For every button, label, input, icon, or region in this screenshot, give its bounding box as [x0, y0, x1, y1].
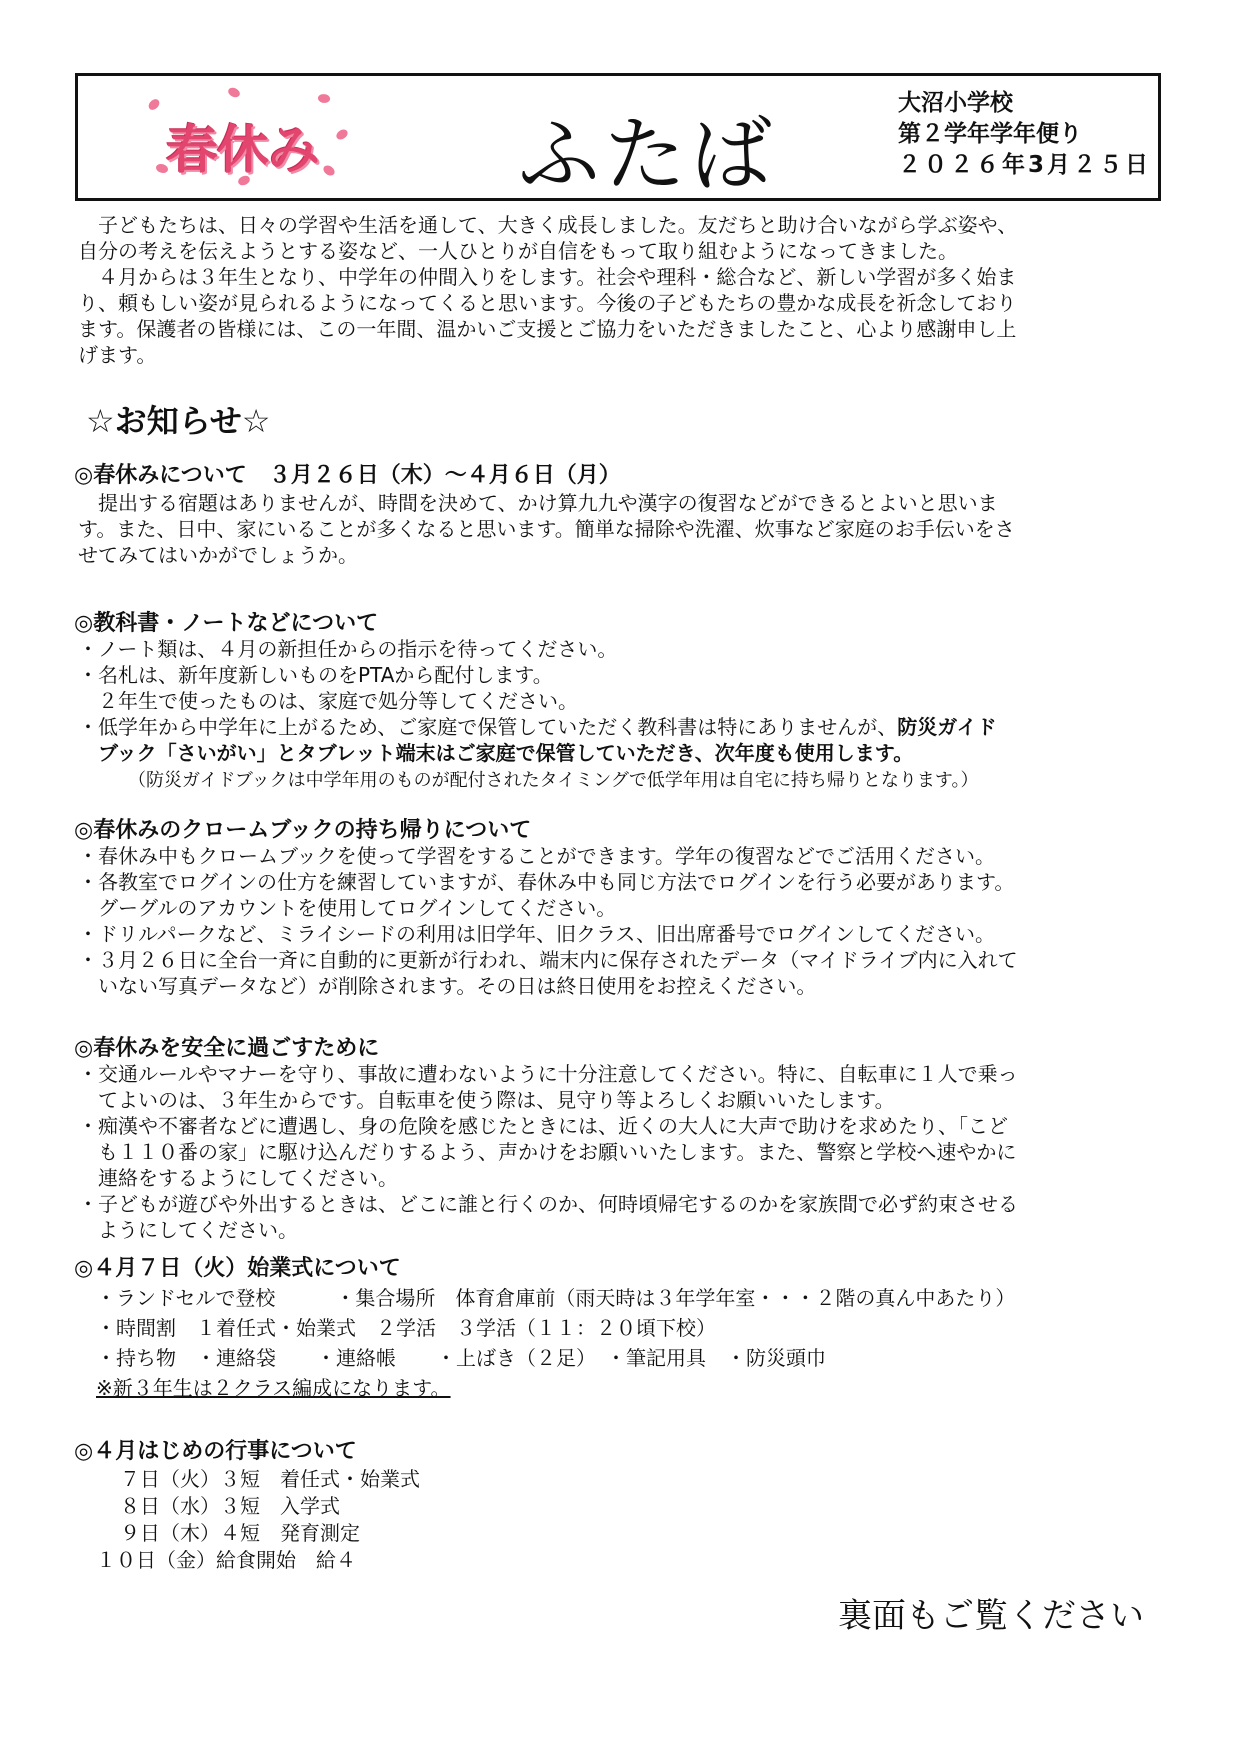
list-item: ・痴漢や不審者などに遭遇し、身の危険を感じたときには、近くの大人に大声で助けを求… [78, 1113, 1018, 1139]
spring-break-body: 提出する宿題はありませんが、時間を決めて、かけ算九九や漢字の復習などができるとよ… [78, 490, 1015, 568]
list-item: ・ランドセルで登校 ・集合場所 体育倉庫前（雨天時は３年学年室・・・２階の真ん中… [96, 1283, 1015, 1313]
class-note: ※新３年生は２クラス編成になります。 [96, 1373, 1015, 1403]
school-name: 大沼小学校 [898, 88, 1151, 119]
textbooks-body: ・ノート類は、４月の新担任からの指示を待ってください。 ・名札は、新年度新しいも… [78, 636, 997, 766]
textbooks-note: （防災ガイドブックは中学年用のものが配付されたタイミングで低学年用は自宅に持ち帰… [128, 766, 979, 792]
list-item: ・交通ルールやマナーを守り、事故に遭わないように十分注意してください。特に、自転… [78, 1061, 1018, 1087]
list-item: ・春休み中もクロームブックを使って学習をすることができます。学年の復習などでご活… [78, 843, 1018, 869]
petal-icon [317, 92, 331, 105]
list-item: グーグルのアカウントを使用してログインしてください。 [78, 895, 1018, 921]
opening-ceremony-body: ・ランドセルで登校 ・集合場所 体育倉庫前（雨天時は３年学年室・・・２階の真ん中… [96, 1283, 1015, 1403]
intro-line: 自分の考えを伝えようとする姿など、一人ひとりが自信をもって取り組むようになってき… [78, 238, 1017, 264]
list-item-text: ・低学年から中学年に上がるため、ご家庭で保管していただく教科書は特にありませんが… [78, 715, 897, 739]
intro-line: り、頼もしい姿が見られるようになってくると思います。今後の子どもたちの豊かな成長… [78, 290, 1017, 316]
section-heading-chromebook: ◎春休みのクロームブックの持ち帰りについて [74, 813, 531, 844]
section-heading-april-events: ◎４月はじめの行事について [74, 1434, 357, 1465]
list-item: ・ドリルパークなど、ミライシードの利用は旧学年、旧クラス、旧出席番号でログインし… [78, 921, 1018, 947]
spring-break-logo: 春休み [148, 94, 378, 184]
section-heading-safety: ◎春休みを安全に過ごすために [74, 1031, 379, 1062]
event-row: ９日（木）４短 発育測定 [96, 1520, 420, 1547]
list-item: ・低学年から中学年に上がるため、ご家庭で保管していただく教科書は特にありませんが… [78, 714, 997, 740]
school-info: 大沼小学校 第２学年学年便り ２０２６年3月２５日 [898, 88, 1151, 181]
body-line: せてみてはいかがでしょうか。 [78, 542, 1015, 568]
event-row: ７日（火）３短 着任式・始業式 [96, 1466, 420, 1493]
section-heading-textbooks: ◎教科書・ノートなどについて [74, 606, 378, 637]
april-events-list: ７日（火）３短 着任式・始業式 ８日（水）３短 入学式 ９日（木）４短 発育測定… [96, 1466, 420, 1574]
body-line: す。また、日中、家にいることが多くなると思います。簡単な掃除や洗濯、炊事など家庭… [78, 516, 1015, 542]
body-line: 提出する宿題はありませんが、時間を決めて、かけ算九九や漢字の復習などができるとよ… [78, 490, 1015, 516]
intro-line: げます。 [78, 342, 1017, 368]
list-item: ・３月２６日に全台一斉に自動的に更新が行われ、端末内に保存されたデータ（マイドラ… [78, 947, 1018, 973]
list-item: ・名札は、新年度新しいものをPTAから配付します。 [78, 662, 997, 688]
intro-line: ４月からは３年生となり、中学年の仲間入りをします。社会や理科・総合など、新しい学… [78, 264, 1017, 290]
list-item: ・時間割 １着任式・始業式 ２学活 ３学活（１１：２０頃下校） [96, 1313, 1015, 1343]
header-box: 春休み ふたば 大沼小学校 第２学年学年便り ２０２６年3月２５日 [75, 73, 1161, 201]
petal-icon [147, 98, 162, 112]
section-heading-opening-ceremony: ◎４月７日（火）始業式について [74, 1251, 401, 1282]
event-row: ８日（水）３短 入学式 [96, 1493, 420, 1520]
intro-line: ます。保護者の皆様には、この一年間、温かいご支援とご協力をいただきましたこと、心… [78, 316, 1017, 342]
newsletter-name: 第２学年学年便り [898, 119, 1151, 150]
logo-text: 春休み [166, 108, 319, 183]
list-item: ２年生で使ったものは、家庭で処分等してください。 [78, 688, 997, 714]
newsletter-title: ふたば [518, 90, 776, 207]
notices-heading: ☆お知らせ☆ [86, 396, 270, 442]
intro-paragraph: 子どもたちは、日々の学習や生活を通して、大きく成長しました。友だちと助け合いなが… [78, 212, 1017, 368]
see-reverse-note: 裏面もご覧ください [838, 1588, 1144, 1637]
intro-line: 子どもたちは、日々の学習や生活を通して、大きく成長しました。友だちと助け合いなが… [78, 212, 1017, 238]
petal-icon [335, 128, 349, 141]
list-item-emphasis: 防災ガイド [897, 715, 996, 739]
chromebook-body: ・春休み中もクロームブックを使って学習をすることができます。学年の復習などでご活… [78, 843, 1018, 999]
issue-date: ２０２６年3月２５日 [898, 150, 1151, 181]
list-item: ・各教室でログインの仕方を練習していますが、春休み中も同じ方法でログインを行う必… [78, 869, 1018, 895]
list-item-emphasis: ブック「さいがい」とタブレット端末はご家庭で保管していただき、次年度も使用します… [78, 740, 997, 766]
list-item: てよいのは、３年生からです。自転車を使う際は、見守り等よろしくお願いいたします。 [78, 1087, 1018, 1113]
list-item: いない写真データなど）が削除されます。その日は終日使用をお控えください。 [78, 973, 1018, 999]
petal-icon [227, 85, 242, 100]
list-item: も１１０番の家」に駆け込んだりするよう、声かけをお願いいたします。また、警察と学… [78, 1139, 1018, 1165]
list-item: 連絡をするようにしてください。 [78, 1165, 1018, 1191]
event-row: １０日（金）給食開始 給４ [96, 1547, 420, 1574]
list-item: ・ノート類は、４月の新担任からの指示を待ってください。 [78, 636, 997, 662]
safety-body: ・交通ルールやマナーを守り、事故に遭わないように十分注意してください。特に、自転… [78, 1061, 1018, 1243]
list-item: ようにしてください。 [78, 1217, 1018, 1243]
section-heading-spring-break: ◎春休みについて ３月２６日（木）～４月６日（月） [74, 458, 621, 489]
list-item: ・持ち物 ・連絡袋 ・連絡帳 ・上ばき（２足） ・筆記用具 ・防災頭巾 [96, 1343, 1015, 1373]
list-item: ・子どもが遊びや外出するときは、どこに誰と行くのか、何時頃帰宅するのかを家族間で… [78, 1191, 1018, 1217]
petal-icon [322, 163, 337, 178]
